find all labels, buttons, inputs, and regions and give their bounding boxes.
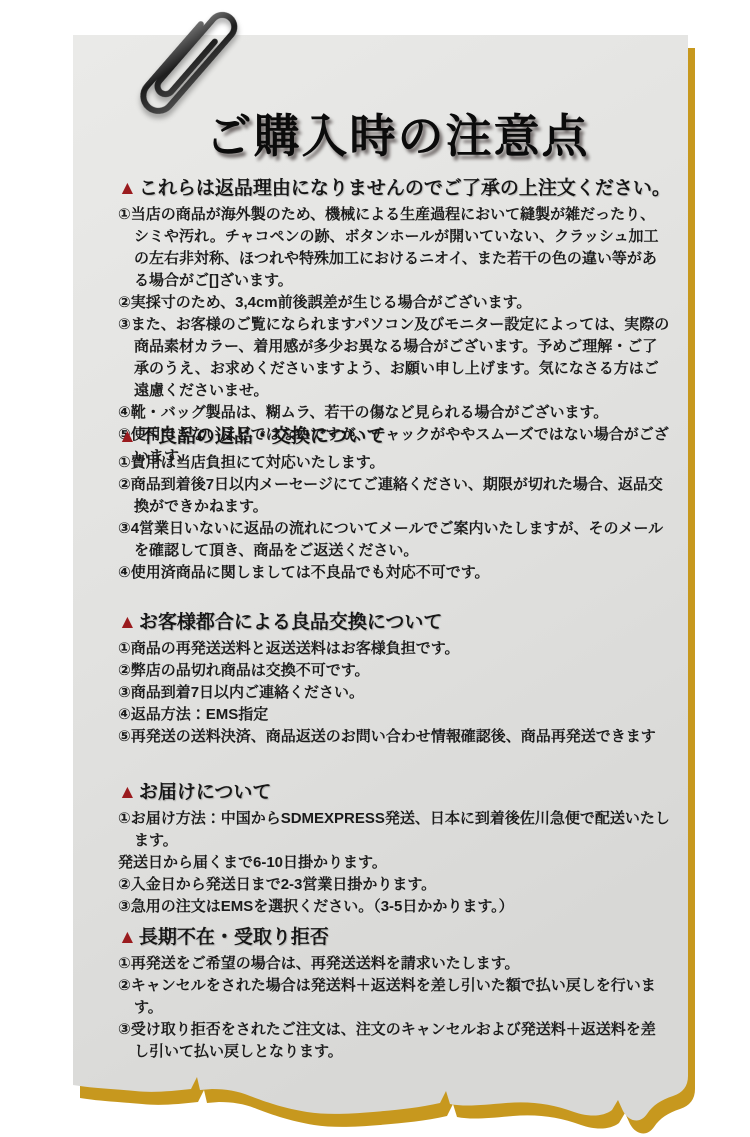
- notice-line: ④返品方法：EMS指定: [118, 704, 670, 726]
- notice-line: ①商品の再発送送料と返送送料はお客様負担です。: [118, 638, 670, 660]
- triangle-marker-icon: ▲: [118, 178, 137, 199]
- section-defective-returns: ▲不良品の返品・交換について ①費用は当店負担にて対応いたします。②商品到着後7…: [118, 424, 670, 584]
- section-body: ①再発送をご希望の場合は、再発送送料を請求いたします。②キャンセルをされた場合は…: [118, 953, 670, 1063]
- notice-line: ②入金日から発送日まで2-3営業日掛かります。: [118, 874, 670, 896]
- notice-line: ①再発送をご希望の場合は、再発送送料を請求いたします。: [118, 953, 670, 975]
- notice-line: ③商品到着7日以内ご連絡ください。: [118, 682, 670, 704]
- section-heading: ▲長期不在・受取り拒否: [118, 925, 670, 951]
- notice-line: 発送日から届くまで6-10日掛かります。: [118, 852, 670, 874]
- notice-page: ご購入時の注意点 ▲これらは返品理由になりませんのでご了承の上注文ください。 ①…: [0, 0, 750, 1137]
- notice-line: ②実採寸のため、3,4cm前後誤差が生じる場合がございます。: [118, 292, 670, 314]
- section-body: ①お届け方法：中国からSDMEXPRESS発送、日本に到着後佐川急便で配送いたし…: [118, 808, 670, 918]
- triangle-marker-icon: ▲: [118, 927, 137, 948]
- notice-line: ②商品到着後7日以内メーセージにてご連絡ください、期限が切れた場合、返品交換がで…: [118, 474, 670, 518]
- section-heading: ▲これらは返品理由になりませんのでご了承の上注文ください。: [118, 176, 670, 202]
- section-heading-text: お届けについて: [139, 782, 272, 803]
- notice-line: ②キャンセルをされた場合は発送料＋返送料を差し引いた額で払い戻しを行います。: [118, 975, 670, 1019]
- notice-line: ②弊店の品切れ商品は交換不可です。: [118, 660, 670, 682]
- notice-line: ③4営業日いないに返品の流れについてメールでご案内いたしますが、そのメールを確認…: [118, 518, 670, 562]
- section-heading: ▲不良品の返品・交換について: [118, 424, 670, 450]
- section-delivery: ▲お届けについて ①お届け方法：中国からSDMEXPRESS発送、日本に到着後佐…: [118, 780, 670, 918]
- page-title: ご購入時の注意点: [73, 100, 688, 166]
- notice-line: ①費用は当店負担にて対応いたします。: [118, 452, 670, 474]
- notice-line: ③受け取り拒否をされたご注文は、注文のキャンセルおよび発送料＋返送料を差し引いて…: [118, 1019, 670, 1063]
- section-body: ①商品の再発送送料と返送送料はお客様負担です。②弊店の品切れ商品は交換不可です。…: [118, 638, 670, 748]
- triangle-marker-icon: ▲: [118, 612, 137, 633]
- section-customer-exchange: ▲お客様都合による良品交換について ①商品の再発送送料と返送送料はお客様負担です…: [118, 610, 670, 748]
- section-absence-refusal: ▲長期不在・受取り拒否 ①再発送をご希望の場合は、再発送送料を請求いたします。②…: [118, 925, 670, 1063]
- section-body: ①費用は当店負担にて対応いたします。②商品到着後7日以内メーセージにてご連絡くだ…: [118, 452, 670, 584]
- notice-line: ③急用の注文はEMSを選択ください。（3-5日かかります。）: [118, 896, 670, 918]
- notice-line: ③また、お客様のご覧になられますパソコン及びモニター設定によっては、実際の商品素…: [118, 314, 670, 402]
- section-heading: ▲お客様都合による良品交換について: [118, 610, 670, 636]
- section-heading-text: お客様都合による良品交換について: [139, 612, 443, 633]
- notice-line: ①お届け方法：中国からSDMEXPRESS発送、日本に到着後佐川急便で配送いたし…: [118, 808, 670, 852]
- triangle-marker-icon: ▲: [118, 426, 137, 447]
- notice-line: ④靴・バッグ製品は、糊ムラ、若干の傷など見られる場合がございます。: [118, 402, 670, 424]
- notice-line: ⑤再発送の送料決済、商品返送のお問い合わせ情報確認後、商品再発送できます: [118, 726, 670, 748]
- notice-line: ④使用済商品に関しましては不良品でも対応不可です。: [118, 562, 670, 584]
- section-heading-text: 長期不在・受取り拒否: [139, 927, 329, 948]
- notice-line: ①当店の商品が海外製のため、機械による生産過程において縫製が雑だったり、シミや汚…: [118, 204, 670, 292]
- section-heading: ▲お届けについて: [118, 780, 670, 806]
- triangle-marker-icon: ▲: [118, 782, 137, 803]
- section-heading-text: 不良品の返品・交換について: [139, 426, 386, 447]
- section-heading-text: これらは返品理由になりませんのでご了承の上注文ください。: [139, 178, 671, 199]
